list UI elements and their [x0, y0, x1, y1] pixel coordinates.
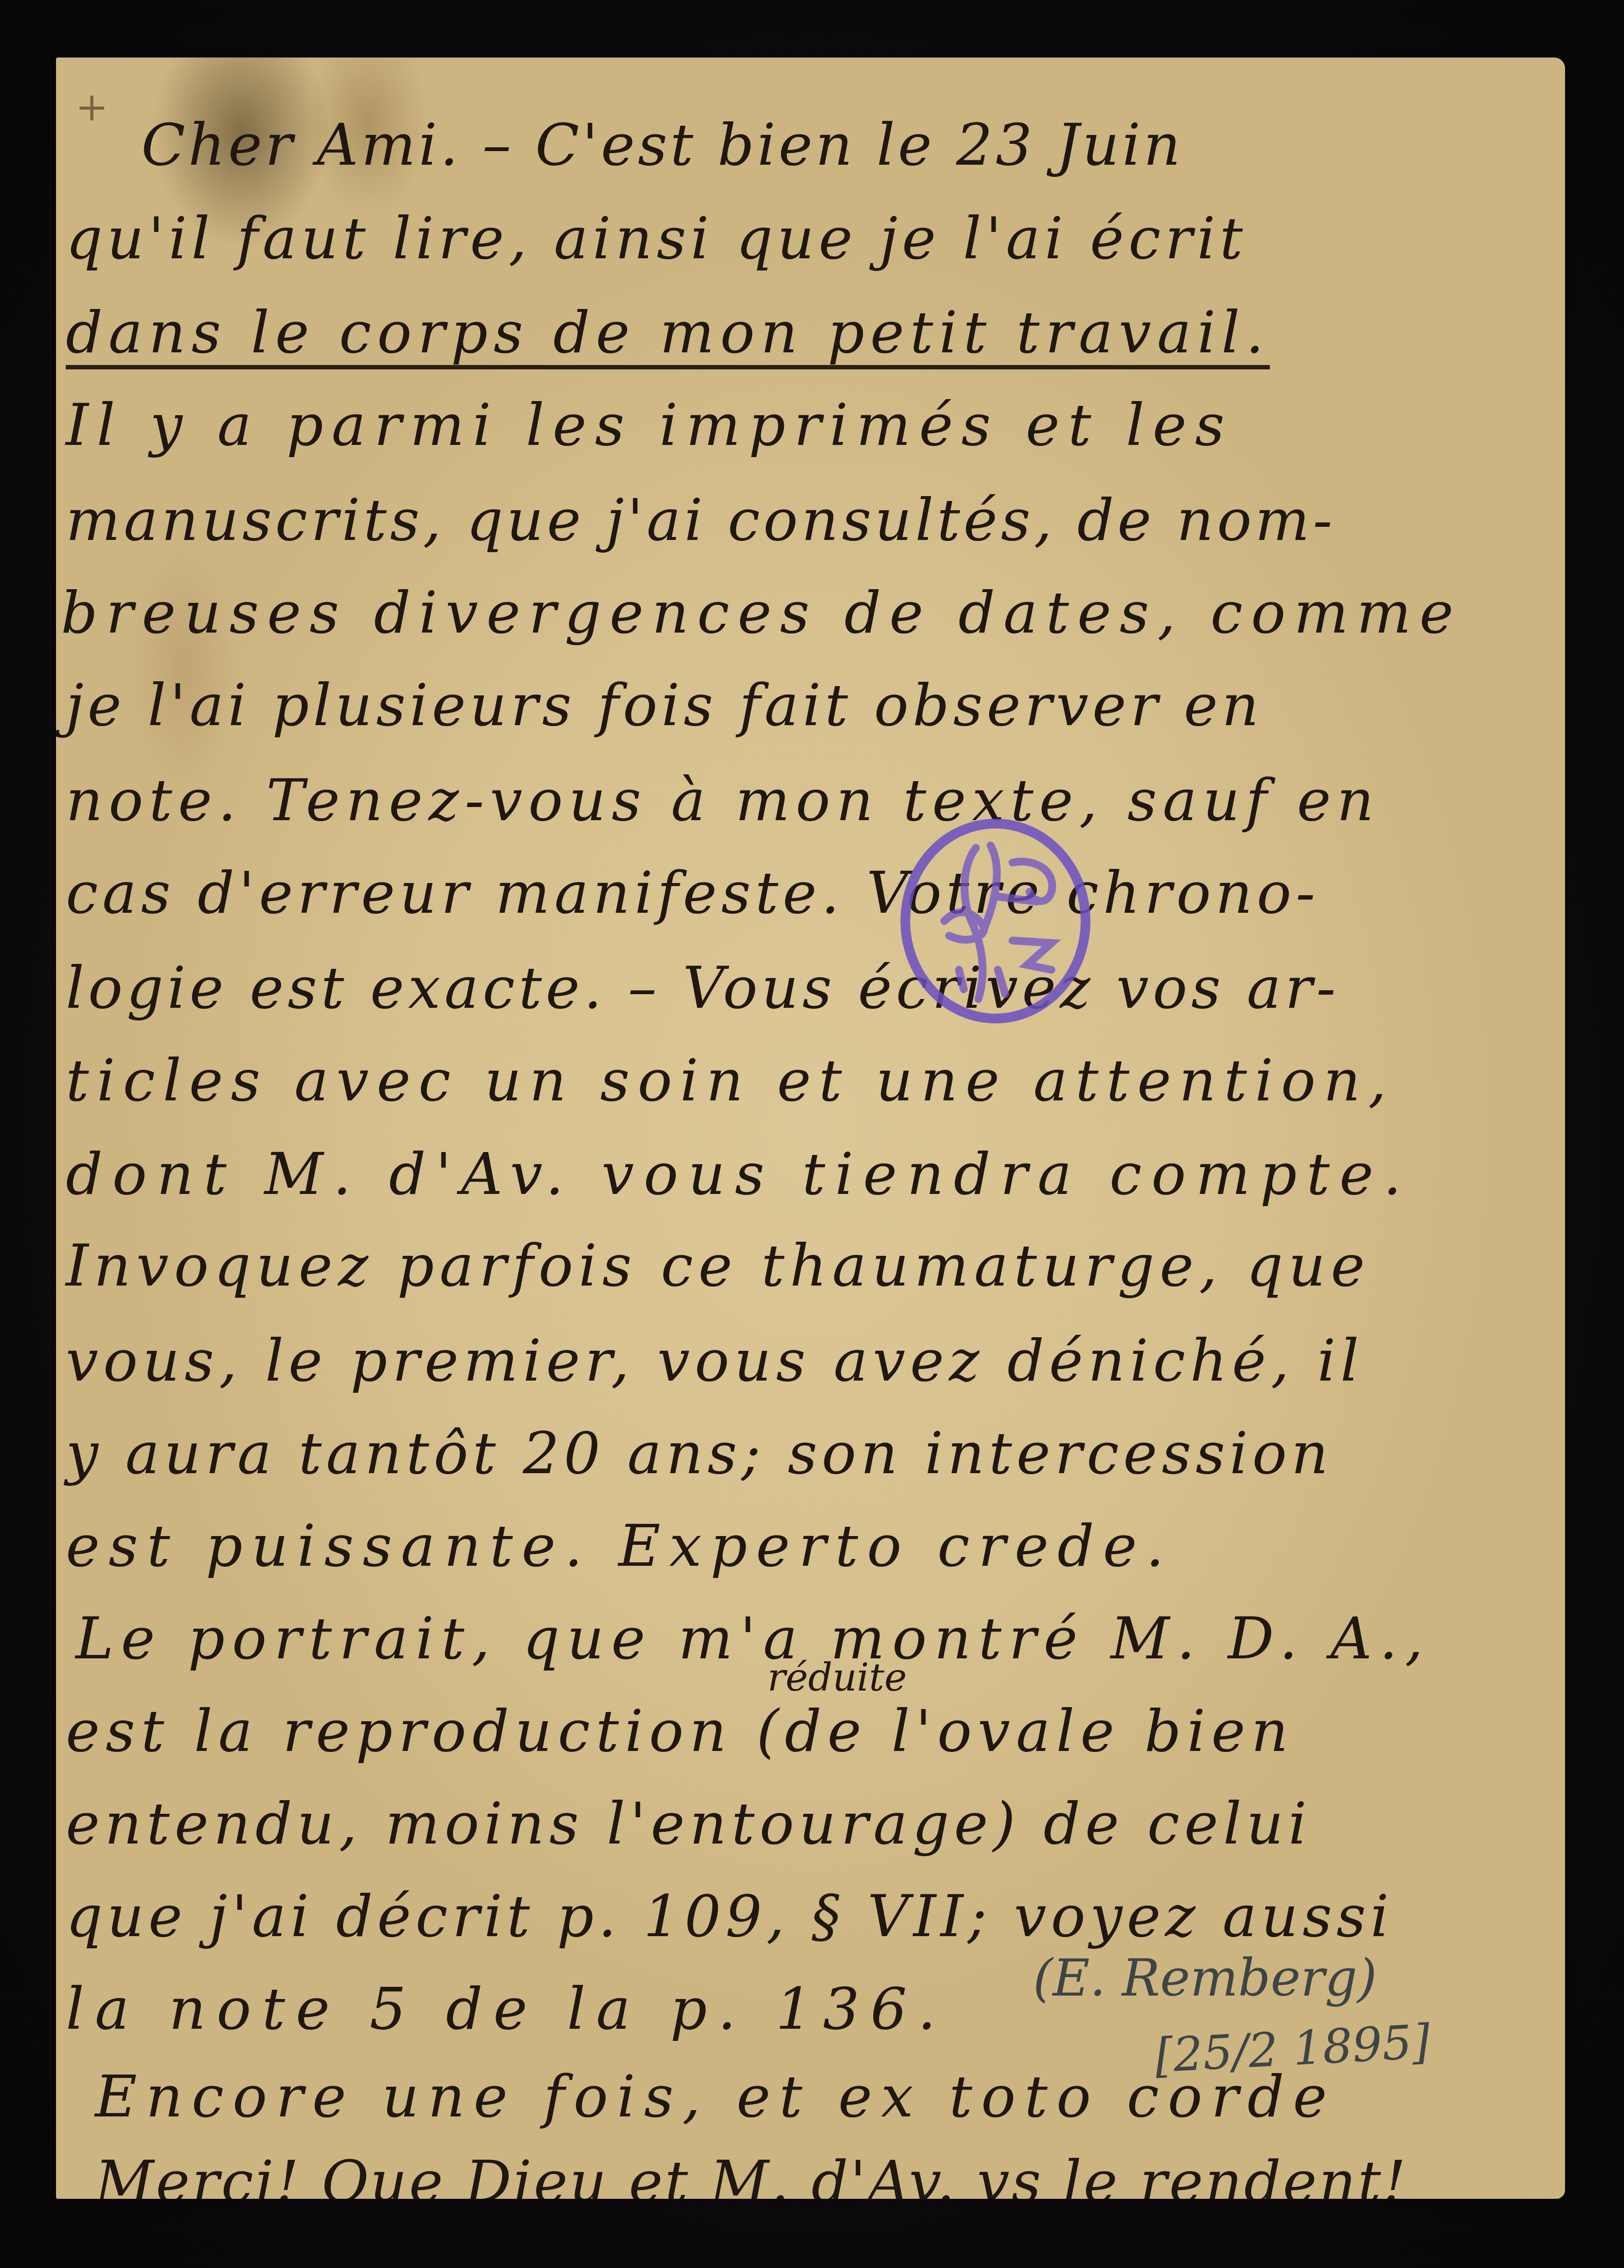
letter-line-19: entendu, moins l'entourage) de celui — [66, 1795, 1312, 1852]
letter-line-14: vous, le premier, vous avez déniché, il — [66, 1332, 1364, 1389]
letter-line-5: manuscrits, que j'ai consultés, de nom- — [66, 491, 1336, 549]
letter-line-23: Merci! Que Dieu et M. d'Av. vs le renden… — [95, 2153, 1408, 2199]
letter-line-12: dont M. d'Av. vous tiendra compte. — [66, 1145, 1411, 1203]
letter-line-8: note. Tenez-vous à mon texte, sauf en — [66, 771, 1380, 829]
letter-line-16: est puissante. Experto crede. — [66, 1517, 1173, 1575]
letter-line-3: dans le corps de mon petit travail. — [66, 304, 1270, 361]
handwritten-card: + Cher Ami. – C'est bien le 23 Juin qu'i… — [56, 58, 1565, 2199]
letter-line-7: je l'ai plusieurs fois fait observer en — [66, 676, 1262, 734]
letter-line-4: Il y a parmi les imprimés et les — [66, 396, 1233, 454]
letter-line-22: Encore une fois, et ex toto corde — [95, 2068, 1336, 2125]
letter-line-20: que j'ai décrit p. 109, § VII; voyez aus… — [66, 1887, 1393, 1945]
letter-line-6: breuses divergences de dates, comme — [61, 584, 1462, 641]
interlinear-insertion: réduite — [767, 1656, 907, 1700]
ink-stamp-icon — [891, 809, 1100, 1033]
pencil-annotation-signature: (E. Remberg) — [1033, 1948, 1377, 2008]
letter-line-13: Invoquez parfois ce thaumaturge, que — [66, 1237, 1370, 1294]
letter-line-2: qu'il faut lire, ainsi que je l'ai écrit — [66, 210, 1247, 267]
letter-line-11: ticles avec un soin et une attention, — [66, 1052, 1395, 1109]
letter-line-15: y aura tantôt 20 ans; son intercession — [66, 1424, 1333, 1482]
letter-line-9: cas d'erreur manifeste. Votre chrono- — [66, 864, 1319, 922]
letter-line-17: Le portrait, que m'a montré M. D. A., — [76, 1610, 1431, 1667]
letter-line-18: est la reproduction (de l'ovale bien — [66, 1702, 1294, 1760]
letter-line-10: logie est exacte. – Vous écrivez vos ar- — [66, 959, 1339, 1017]
letter-line-1: Cher Ami. – C'est bien le 23 Juin — [141, 116, 1184, 173]
letter-body: Cher Ami. – C'est bien le 23 Juin qu'il … — [56, 58, 1565, 2199]
letter-line-21: la note 5 de la p. 136. — [66, 1980, 947, 2037]
